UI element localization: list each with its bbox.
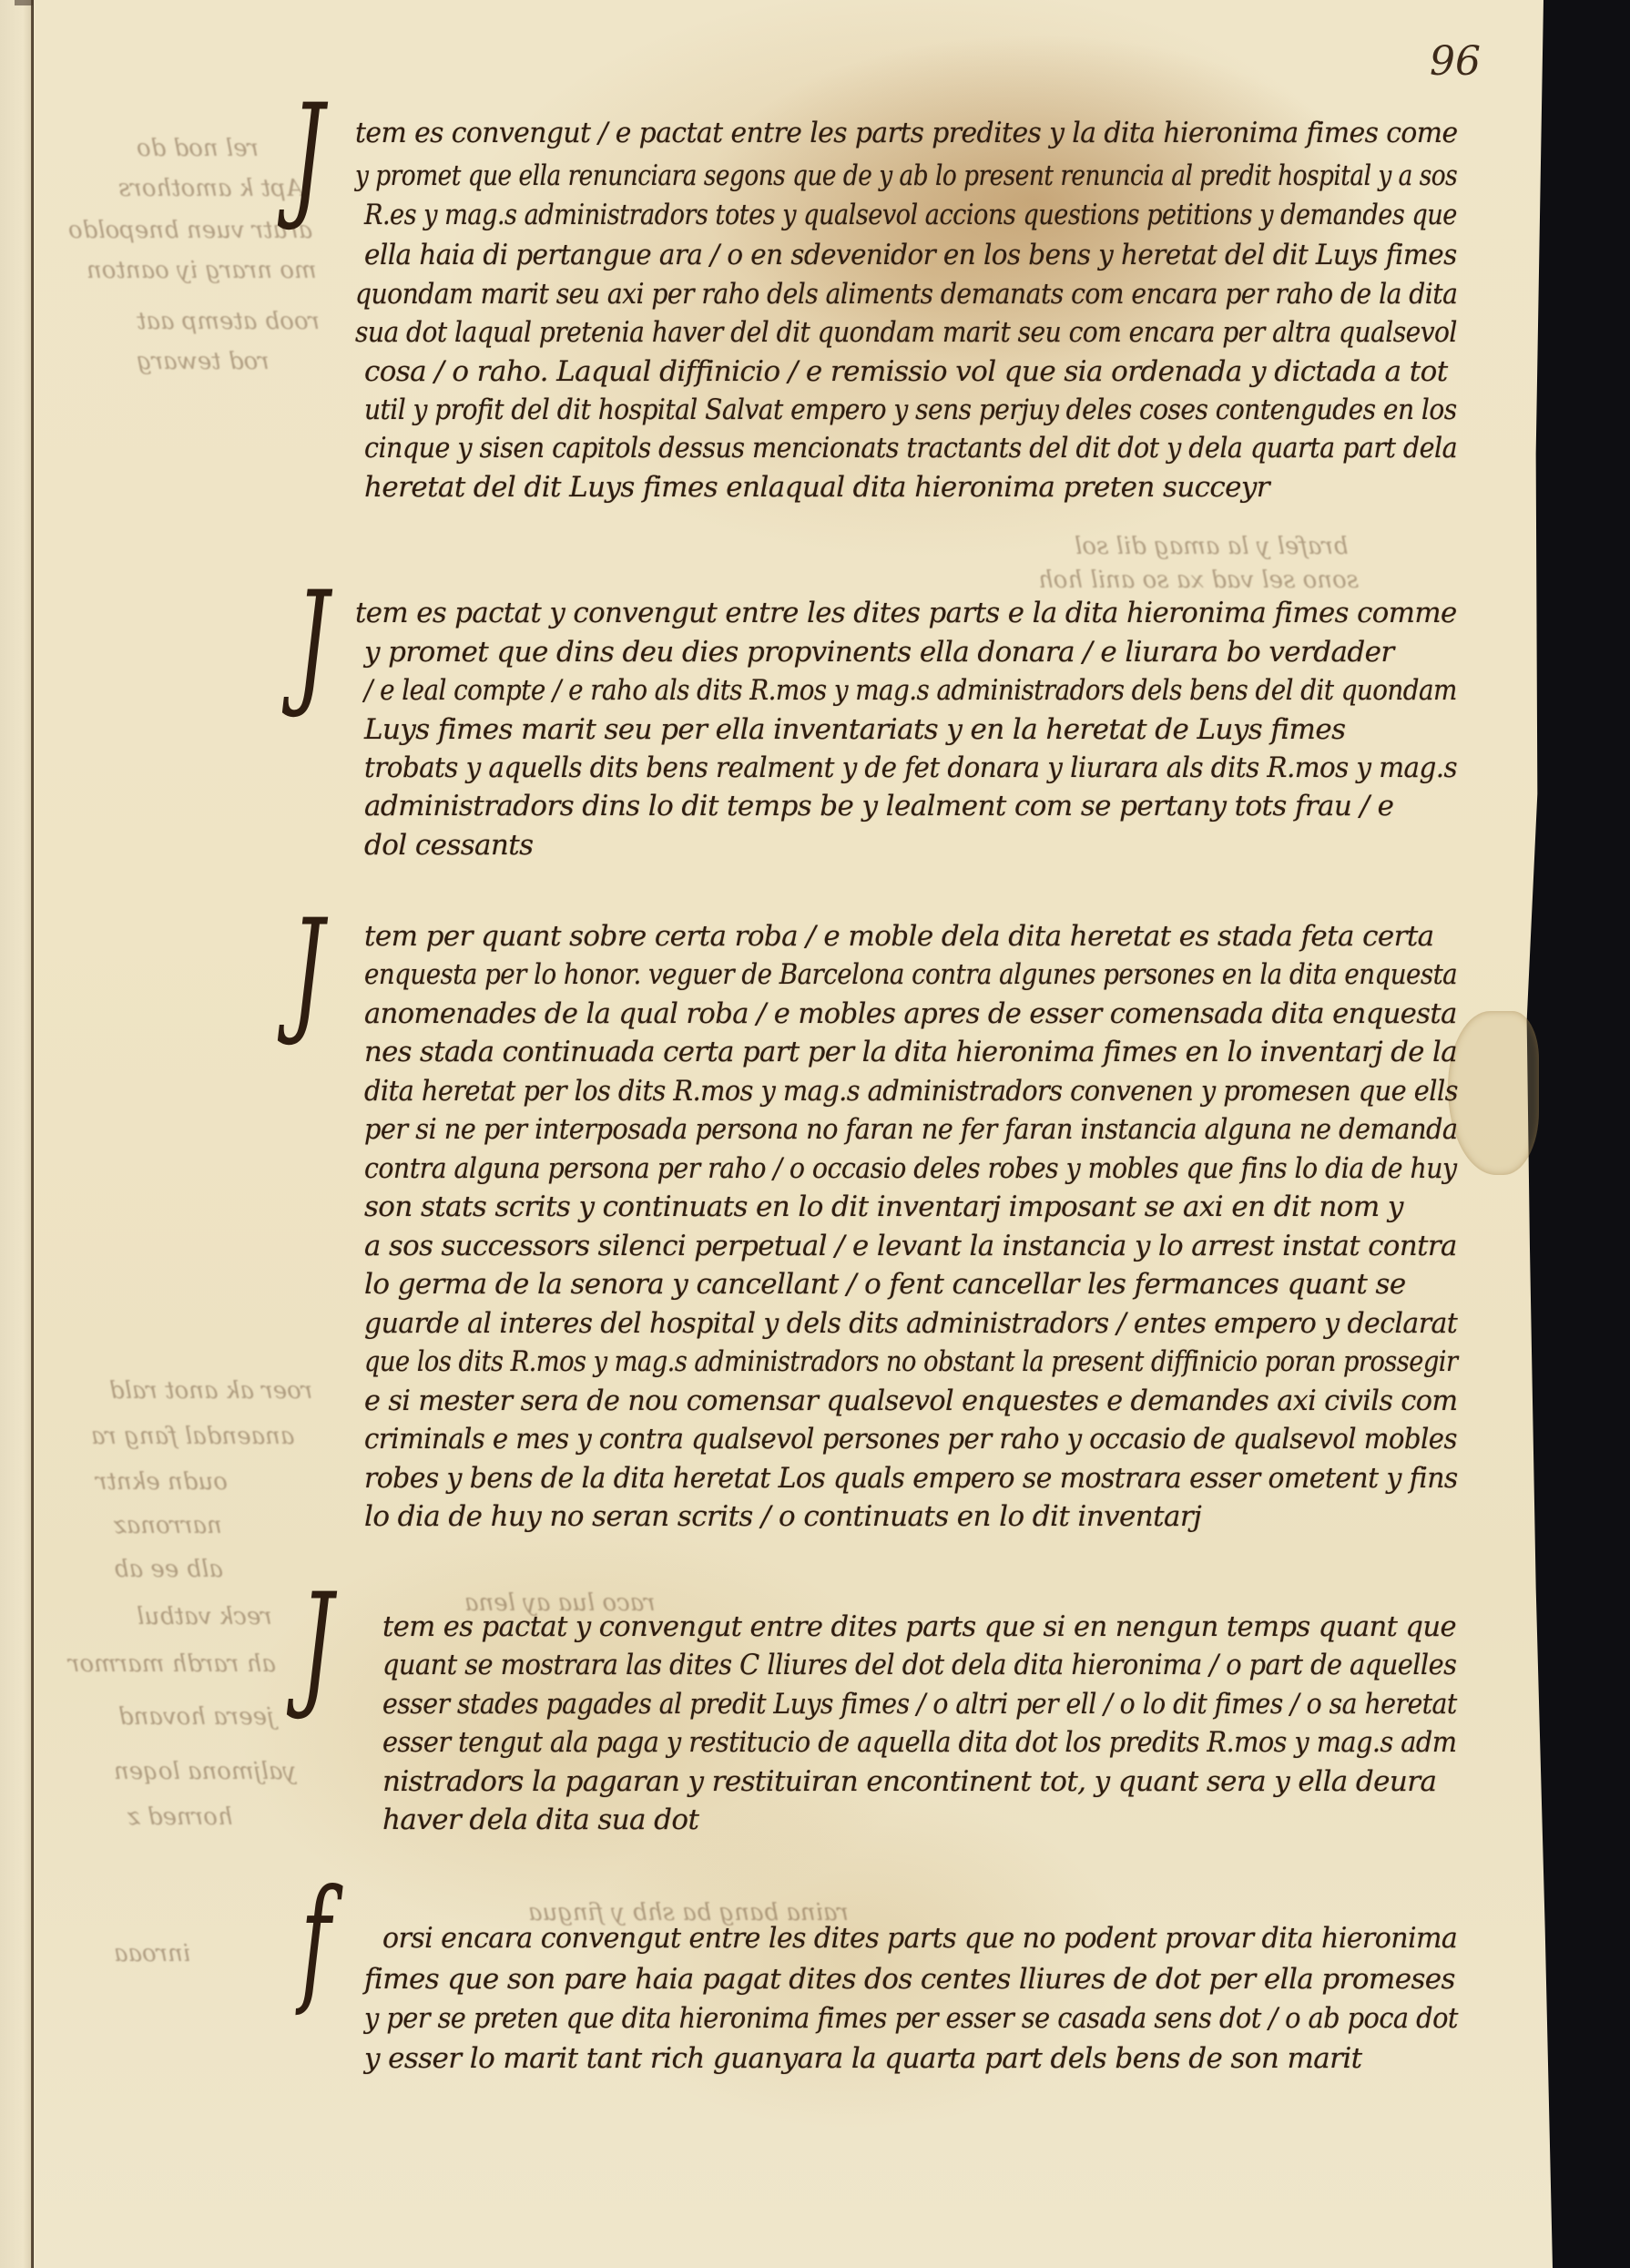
text-line: per si ne per interposada persona no far… [364,1113,1458,1146]
text-line: enquesta per lo honor. veguer de Barcelo… [364,958,1457,991]
paragraph-initial: J [291,902,324,1038]
bleed-through-text: jeera hovand [118,1703,274,1731]
text-line: quant se mostrara las dites C lliures de… [382,1649,1456,1681]
text-line: lo dia de huy no seran scrits / o contin… [364,1500,1201,1533]
bleed-through-text: narronaz [114,1512,222,1539]
text-line: y esser lo marit tant rich guanyara la q… [364,2042,1362,2075]
folio-number: 96 [1430,38,1481,85]
text-line: criminals e mes y contra qualsevol perso… [364,1423,1457,1456]
text-line: que los dits R.mos y mag.s administrador… [364,1345,1458,1378]
text-line: haver dela dita sua dot [382,1803,698,1836]
bleed-through-text: roob atemp aat [137,308,320,335]
text-line: heretat del dit Luys fimes enlaqual dita… [364,471,1269,504]
text-line: anomenades de la qual roba / e mobles ap… [364,997,1457,1030]
facing-page-edge [0,0,33,2268]
text-line: son stats scrits y continuats en lo dit … [364,1190,1403,1223]
text-line: esser stades pagades al predit Luys fime… [382,1688,1457,1721]
text-line: orsi encara convengut entre les dites pa… [382,1922,1457,1955]
text-line: Luys fimes marit seu per ella inventaria… [364,713,1345,746]
text-line: robes y bens de la dita heretat Los qual… [364,1462,1458,1495]
text-line: ella haia di pertangue ara / o en sdeven… [364,239,1457,271]
text-line: nistradors la pagaran y restituiran enco… [382,1765,1436,1798]
text-line: cosa / o raho. Laqual diffinicio / e rem… [364,355,1448,388]
text-line: util y profit del dit hospital Salvat em… [364,393,1457,426]
paragraph-initial: J [301,1576,333,1712]
paragraph-initial: f [301,1872,331,2008]
text-line: sua dot laqual pretenia haver del dit qu… [355,316,1457,349]
bleed-through-text: inroaa [114,1940,190,1967]
text-line: dita heretat per los dits R.mos y mag.s … [364,1075,1458,1108]
text-line: nes stada continuada certa part per la d… [364,1036,1457,1068]
text-line: guarde al interes del hospital y dels di… [364,1307,1457,1340]
bleed-through-text: roer ak anot rald [109,1377,312,1405]
binding-gutter [31,0,34,2268]
text-line: trobats y aquells dits bens realment y d… [364,751,1457,784]
text-line: tem per quant sobre certa roba / e moble… [364,920,1434,953]
text-line: a sos successors silenci perpetual / e l… [364,1230,1457,1262]
bleed-through-text: Apt k amothors [118,175,303,202]
text-line: dol cessants [364,829,533,862]
bleed-through-text: alb ee ab [114,1556,223,1583]
text-line: administradors dins lo dit temps be y le… [364,790,1393,822]
bleed-through-text: yaljmona loqen [114,1758,296,1785]
paragraph-initial: J [291,87,324,223]
bleed-through-text: anaendal fang ra [91,1423,294,1450]
text-line: e si mester sera de nou comensar qualsev… [364,1384,1457,1417]
text-line: lo germa de la senora y cancellant / o f… [364,1268,1406,1301]
text-line: contra alguna persona per raho / o occas… [364,1152,1457,1185]
text-line: cinque y sisen capitols dessus mencionat… [364,432,1457,465]
text-line: tem es convengut / e pactat entre les pa… [355,117,1458,149]
text-line: tem es pactat y convengut entre dites pa… [382,1610,1456,1643]
bleed-through-text: rel nod do [137,135,259,162]
bleed-through-text: ah rardh marmor [68,1650,276,1678]
bleed-through-text: horned z [127,1803,233,1831]
bleed-through-text: aratr vuen bnepoldo [68,217,312,244]
text-line: / e leal compte / e raho als dits R.mos … [364,674,1457,707]
text-line: fimes que son pare haia pagat dites dos … [364,1963,1455,1996]
text-line: tem es pactat y convengut entre les dite… [355,597,1457,629]
bleed-through-text: rod tewarg [137,348,270,375]
bleed-through-text: reck vatbul [137,1603,272,1630]
bleed-through-text: sono sel vad xa so anil hoh [1038,567,1359,594]
bleed-through-text: mo nrarg iy oanton [87,257,317,284]
manuscript-scan: 96 rel nod doApt k amothorsaratr vuen bn… [0,0,1630,2268]
bleed-through-text: brafel y la amag dil sol [1075,533,1349,560]
text-line: y promet que ella renunciara segons que … [355,159,1457,192]
text-line: y per se preten que dita hieronima fimes… [364,2002,1458,2035]
text-line: quondam marit seu axi per raho dels alim… [355,278,1457,311]
text-line: y promet que dins deu dies propvinents e… [364,636,1394,669]
text-line: R.es y mag.s administradors totes y qual… [364,199,1457,231]
bleed-through-text: oudn ekntr [96,1468,228,1496]
text-line: esser tengut ala paga y restitucio de aq… [382,1726,1456,1759]
paragraph-initial: J [296,574,329,710]
